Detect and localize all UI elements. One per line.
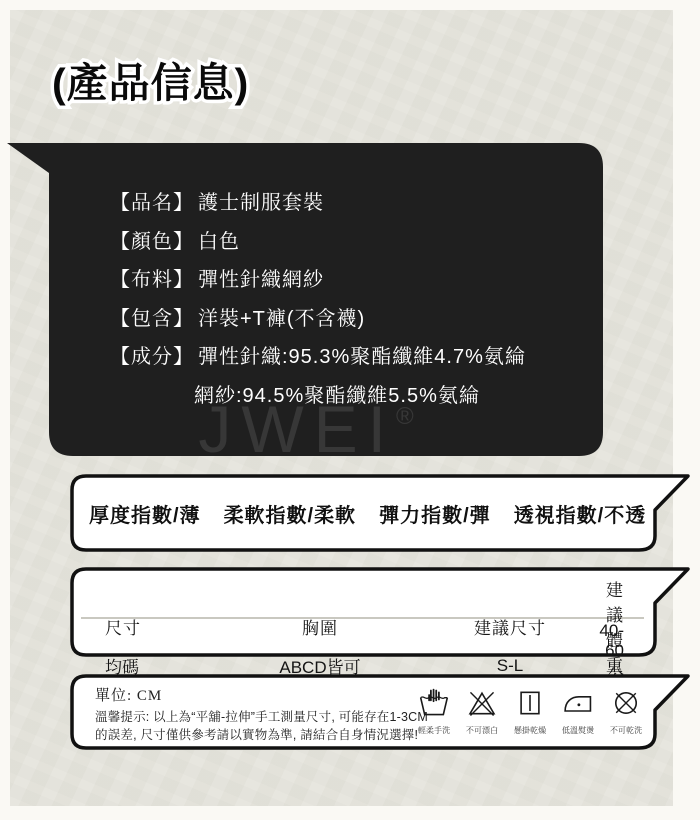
no-bleach-icon — [464, 687, 500, 719]
header-size: 尺寸 — [105, 614, 215, 639]
tip-line-2: 的誤差, 尺寸僅供參考請以實物為準, 請結合自身情況選擇! — [95, 727, 428, 745]
product-name-label: 【品名】 — [110, 193, 194, 214]
care-no-bleach: 不可漂白 — [462, 687, 502, 736]
fabric-label: 【布料】 — [110, 270, 194, 291]
page-title: (產品信息) — [52, 60, 249, 106]
includes-row: 【包含】洋裝+T褲(不含襪) — [110, 309, 579, 330]
size-table: 尺寸 胸圍 建議尺寸 建議體重 均碼 ABCD皆可 S-L 40-60公斤 — [73, 570, 652, 654]
header-suggested-size: 建議尺寸 — [425, 614, 595, 639]
includes-value: 洋裝+T褲(不含襪) — [198, 309, 365, 330]
low-temp-iron-icon — [560, 687, 596, 719]
hand-wash-icon — [416, 687, 452, 719]
fabric-indices-box: 厚度指數/薄 柔軟指數/柔軟 彈力指數/彈 透視指數/不透 — [70, 474, 692, 552]
composition-row: 【成分】彈性針織:95.3%聚酯纖維4.7%氨綸 — [110, 347, 579, 368]
color-value: 白色 — [198, 232, 240, 253]
product-info-list: 【品名】護士制服套裝 【顏色】白色 【布料】彈性針織網紗 【包含】洋裝+T褲(不… — [110, 193, 579, 407]
care-no-dry-clean-label: 不可乾洗 — [610, 724, 642, 735]
care-hang-dry-label: 懸掛乾燥 — [514, 724, 546, 735]
includes-label: 【包含】 — [110, 309, 194, 330]
fabric-row: 【布料】彈性針織網紗 — [110, 270, 579, 291]
no-dry-clean-icon — [608, 687, 644, 719]
care-instructions: 輕柔手洗 不可漂白 懸掛乾燥 — [414, 687, 646, 736]
size-table-box: 尺寸 胸圍 建議尺寸 建議體重 均碼 ABCD皆可 S-L 40-60公斤 — [70, 567, 692, 657]
color-label: 【顏色】 — [110, 232, 194, 253]
thickness-index: 厚度指數/薄 — [89, 499, 201, 528]
care-no-bleach-label: 不可漂白 — [466, 724, 498, 735]
color-row: 【顏色】白色 — [110, 232, 579, 253]
elasticity-index: 彈力指數/彈 — [379, 499, 491, 528]
care-hand-wash: 輕柔手洗 — [414, 687, 454, 736]
cell-suggested-size: S-L — [425, 656, 595, 676]
softness-index: 柔軟指數/柔軟 — [224, 499, 357, 528]
composition-value-2: 網紗:94.5%聚酯纖維5.5%氨綸 — [194, 386, 480, 407]
size-table-header-row: 尺寸 胸圍 建議尺寸 建議體重 — [73, 570, 652, 616]
care-low-iron-label: 低溫熨燙 — [562, 724, 594, 735]
composition-label: 【成分】 — [110, 347, 194, 368]
unit-line: 單位: CM — [95, 684, 428, 705]
tip-line-1: 溫馨提示: 以上為“平舖-拉伸”手工測量尺寸, 可能存在1-3CM — [95, 709, 428, 727]
care-hand-wash-label: 輕柔手洗 — [418, 724, 450, 735]
product-name-value: 護士制服套裝 — [198, 193, 324, 214]
product-info-banner: JWEI® 【品名】護士制服套裝 【顏色】白色 【布料】彈性針織網紗 【包含】洋… — [7, 143, 605, 457]
composition-value-1: 彈性針織:95.3%聚酯纖維4.7%氨綸 — [198, 347, 526, 368]
indices-line: 厚度指數/薄 柔軟指數/柔軟 彈力指數/彈 透視指數/不透 — [73, 477, 652, 549]
care-low-iron: 低溫熨燙 — [558, 687, 598, 736]
transparency-index: 透視指數/不透 — [514, 499, 647, 528]
page-title-block: (產品信息) — [50, 50, 350, 112]
notes-box: 單位: CM 溫馨提示: 以上為“平舖-拉伸”手工測量尺寸, 可能存在1-3CM… — [70, 674, 692, 750]
tips-text: 溫馨提示: 以上為“平舖-拉伸”手工測量尺寸, 可能存在1-3CM 的誤差, 尺… — [95, 709, 428, 744]
registered-mark: ® — [396, 403, 414, 430]
product-name-row: 【品名】護士制服套裝 — [110, 193, 579, 214]
composition-row-2: 網紗:94.5%聚酯纖維5.5%氨綸 — [194, 386, 579, 407]
hang-dry-icon — [512, 687, 548, 719]
fabric-value: 彈性針織網紗 — [198, 270, 324, 291]
care-hang-dry: 懸掛乾燥 — [510, 687, 550, 736]
header-bust: 胸圍 — [215, 614, 425, 639]
measurement-notes: 單位: CM 溫馨提示: 以上為“平舖-拉伸”手工測量尺寸, 可能存在1-3CM… — [95, 684, 428, 744]
care-no-dry-clean: 不可乾洗 — [606, 687, 646, 736]
